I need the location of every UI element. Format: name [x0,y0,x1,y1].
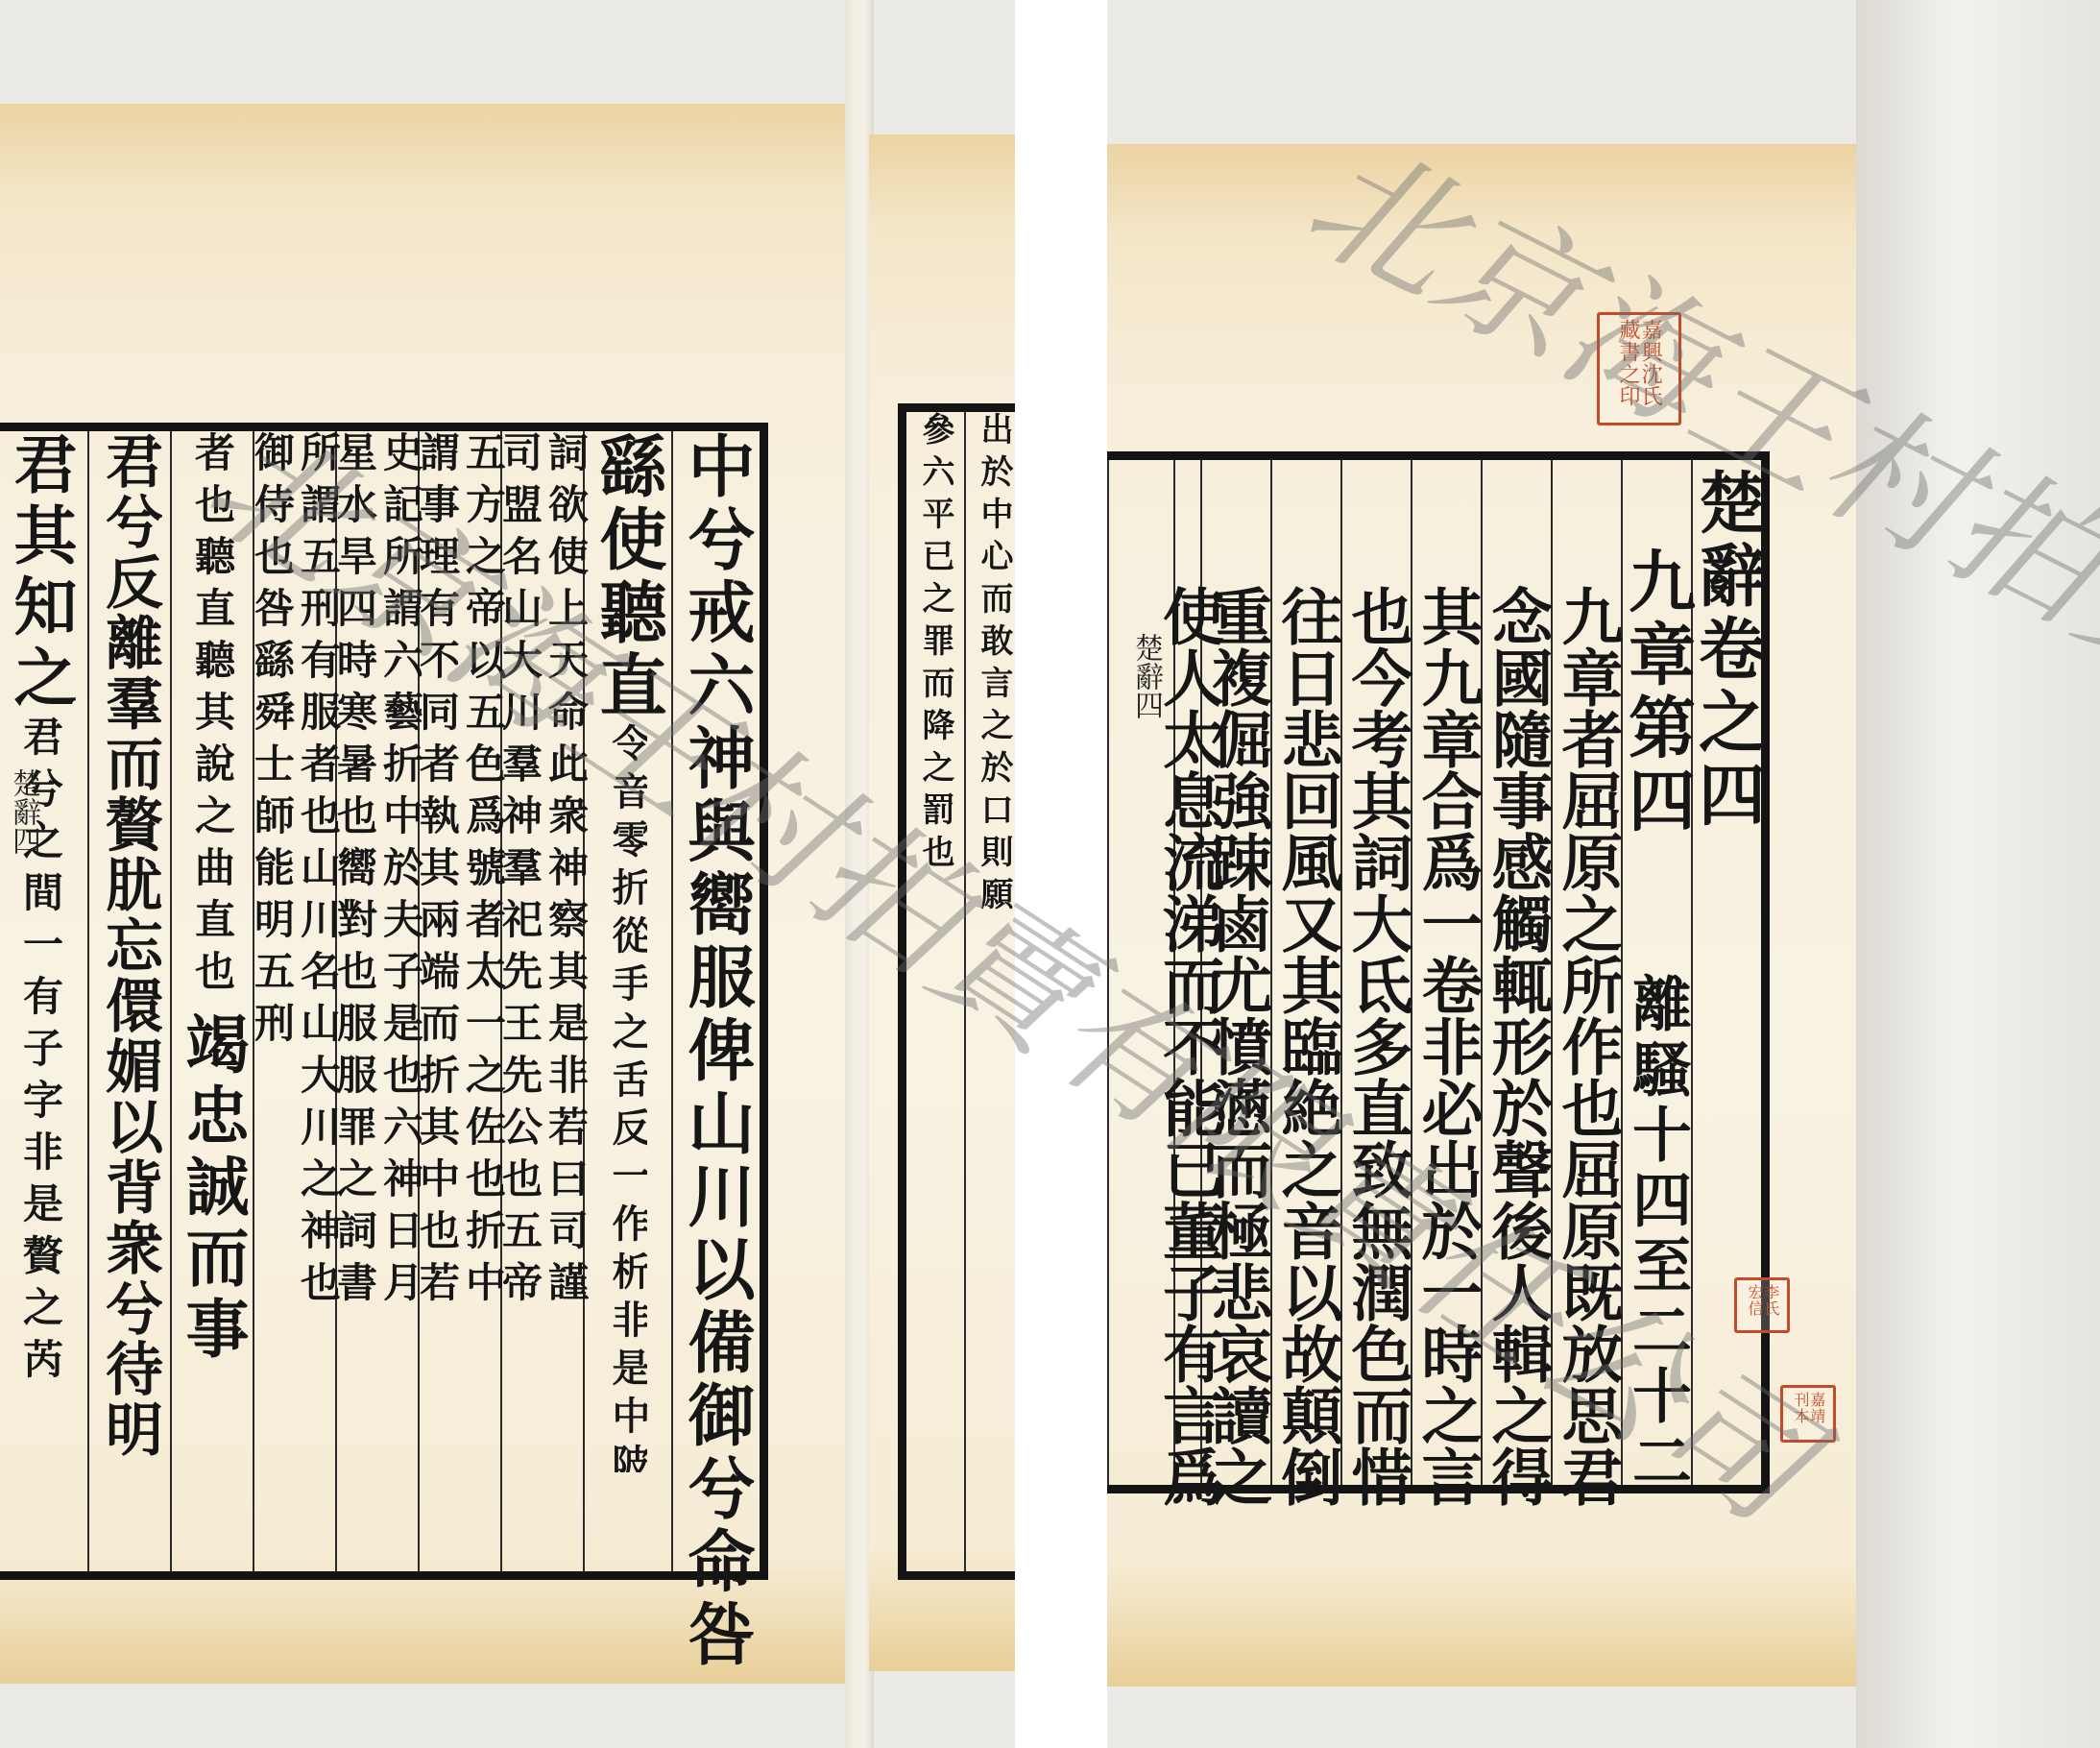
left-col-9: 君其知之 君兮之間一有子字非是贅之芮 [0,431,87,1571]
annotation-right: 詞欲使上天命此衆神察其是非若曰司謹 [545,431,586,1313]
main-text: 往日悲回風又其臨絶之音以故顛倒 [1276,585,1338,1507]
chapter-subtitle: 離騷十四至二十二 [1628,973,1687,1495]
right-col-7: 往日悲回風又其臨絶之音以故顛倒 [1270,460,1340,1485]
left-col-2: 繇使聽直 令音零折從手之舌反一作析非是中陂仲反與 [583,431,671,1571]
right-mount-edge [1856,0,2100,1748]
right-page-frame: 楚辭四 楚辭卷之四 九章第四 離騷十四至二十二 九章者屈原之所作也屈原既放思君 … [1107,451,1770,1493]
main-text: 中兮戒六神與嚮服俾山川以備御兮命咎 [683,431,750,1672]
red-seal-icon: 嘉靖刊本 [1780,1385,1836,1443]
main-text: 九章者屈原之所作也屈原既放思君 [1557,585,1618,1507]
fold-col-2: 出於中心而敢言之於口則願 [964,412,1015,1571]
chapter-title: 九章第四 [1624,546,1691,838]
annotation-right: 史記所謂六藝折中於夫子是也六神日月 [380,431,421,1313]
right-col-6: 也今考其詞大氐多直致無潤色而惜 [1340,460,1411,1485]
right-col-9: 使人太息流涕而不能已董子有言爲 [1173,460,1200,1485]
left-fold-title-mark: 楚辭四 [2,768,44,855]
middle-fold-frame: 參六平已之罪而降之罰也 出於中心而敢言之於口則願 [898,403,1015,1580]
left-scan-image: 中兮戒六神與嚮服俾山川以備御兮命咎 繇使聽直 令音零折從手之舌反一作析非是中陂仲… [0,0,1015,1748]
left-col-1: 中兮戒六神與嚮服俾山川以備御兮命咎 [671,431,760,1571]
fold-col-1: 參六平已之罪而降之罰也 [906,412,964,1571]
main-text: 繇使聽直 [594,431,662,723]
seal-text: 嘉興沈氏藏書之印 [1617,319,1661,419]
left-col-5: 史記所謂六藝折中於夫子是也六神日月 星水旱四時寒暑也嚮對也服服罪之詞書 [335,431,418,1571]
right-col-4: 念國隨事感觸輒形於聲後人輯之得 [1481,460,1551,1485]
left-col-4: 五方之帝以五色爲號者太一之佐也折中 謂事理有不同者執其兩端而折其中也若 [418,431,500,1571]
fold-text: 參六平已之罪而降之罰也 [919,412,952,877]
right-scan-image: 楚辭四 楚辭卷之四 九章第四 離騷十四至二十二 九章者屈原之所作也屈原既放思君 … [1107,0,2100,1748]
right-col-5: 其九章合爲一卷非必出於一時之言 [1411,460,1481,1485]
right-col-chapter: 九章第四 離騷十四至二十二 [1621,460,1691,1485]
main-text: 其九章合爲一卷非必出於一時之言 [1416,585,1478,1507]
left-col-3: 詞欲使上天命此衆神察其是非若曰司謹 司盟名山大川羣神羣祀先王先公也五帝 [500,431,583,1571]
volume-title: 楚辭卷之四 [1694,468,1761,833]
main-text: 也今考其詞大氐多直致無潤色而惜 [1346,585,1408,1507]
annotation-right: 五方之帝以五色爲號者太一之佐也折中 [463,431,503,1313]
annotation-right: 令音零折從手之舌反一作析非是中陂仲反與 [609,723,647,1472]
left-page-frame: 中兮戒六神與嚮服俾山川以備御兮命咎 繇使聽直 令音零折從手之舌反一作析非是中陂仲… [0,423,768,1580]
main-text-lower: 竭忠誠而事 [181,1011,244,1367]
annotation-right: 所謂五刑有服者也山川名山大川之神也 [298,431,338,1313]
seal-text: 嘉靖刊本 [1792,1392,1824,1436]
main-text: 君其知之 [9,431,72,716]
fold-text: 出於中心而敢言之於口則願 [978,412,1010,919]
left-col-7: 者也聽直聽其說之曲直也 竭忠誠而事 [170,431,253,1571]
main-text: 使人太息流涕而不能已董子有言爲 [1157,585,1219,1507]
main-text: 君兮反離羣而贅肬忘儇媚以背衆兮待明 [101,431,158,1460]
seal-text: 李氏宏信 [1746,1284,1778,1326]
left-col-8: 君兮反離羣而贅肬忘儇媚以背衆兮待明 [87,431,170,1571]
annotation-left: 御侍也咎繇舜士師能明五刑 [252,431,292,1313]
collector-seal-icon: 嘉興沈氏藏書之印 [1597,312,1681,425]
annotation-right: 者也聽直聽其說之曲直也 [192,431,232,1002]
right-col-3: 九章者屈原之所作也屈原既放思君 [1551,460,1621,1485]
red-seal-icon: 李氏宏信 [1734,1277,1790,1333]
main-text: 念國隨事感觸輒形於聲後人輯之得 [1486,585,1548,1507]
left-col-6: 所謂五刑有服者也山川名山大川之神也 御侍也咎繇舜士師能明五刑 [253,431,335,1571]
image-gap [1015,0,1107,1748]
